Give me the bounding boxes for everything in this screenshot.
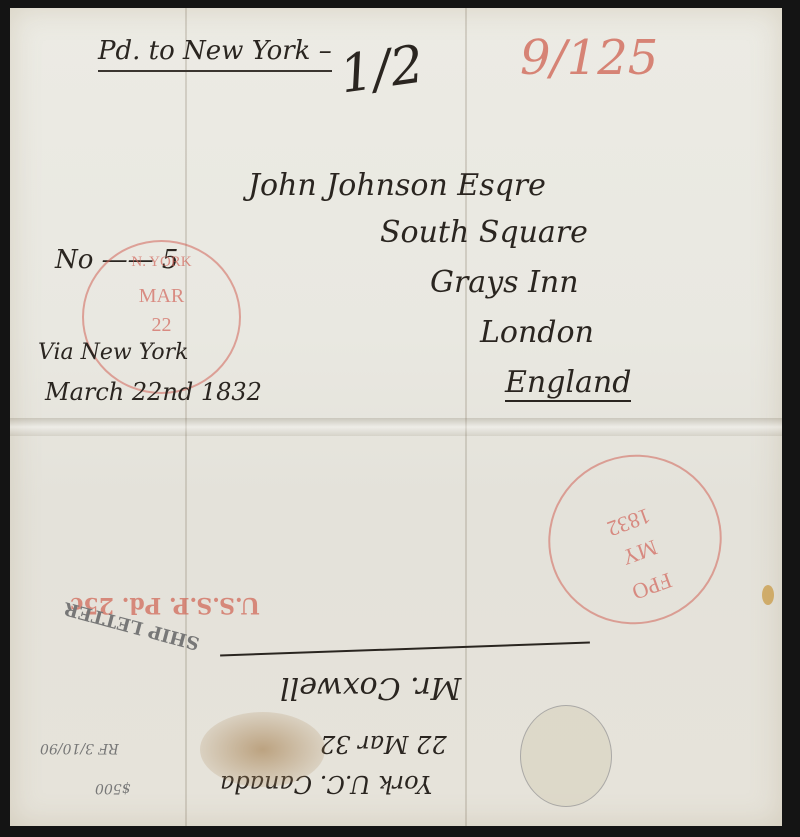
stamp-day: 22 xyxy=(84,314,239,337)
foxing-stain xyxy=(200,712,325,787)
address-line-street: South Square xyxy=(380,215,588,250)
routing-via: Via New York xyxy=(38,340,188,365)
address-line-name: John Johnson Esqre xyxy=(248,168,546,203)
docket-name: Mr. Coxwell xyxy=(280,670,461,705)
address-line-country: England xyxy=(505,365,631,402)
stamp-text: N. YORK xyxy=(84,254,239,271)
routing-date: March 22nd 1832 xyxy=(45,378,262,406)
pencil-note-price: $500 xyxy=(95,780,131,796)
fold-line-vertical xyxy=(465,8,467,826)
pencil-note-reference: RF 3/10/90 xyxy=(40,740,119,756)
new-york-datestamp: N. YORK MAR 22 xyxy=(82,240,241,394)
fold-line-horizontal xyxy=(10,418,782,436)
rate-marking-black: 1/2 xyxy=(336,34,427,105)
docket-date: 22 Mar 32 xyxy=(320,730,447,758)
wax-spot xyxy=(762,585,774,605)
seal-tear xyxy=(520,705,612,807)
fold-line-vertical xyxy=(185,8,187,826)
address-line-city: London xyxy=(480,315,594,350)
rate-marking-red: 9/125 xyxy=(520,30,658,86)
stamp-month: MAR xyxy=(84,285,239,308)
endorsement-paid-to-new-york: Pd. to New York – xyxy=(98,36,332,72)
address-line-district: Grays Inn xyxy=(430,265,579,300)
